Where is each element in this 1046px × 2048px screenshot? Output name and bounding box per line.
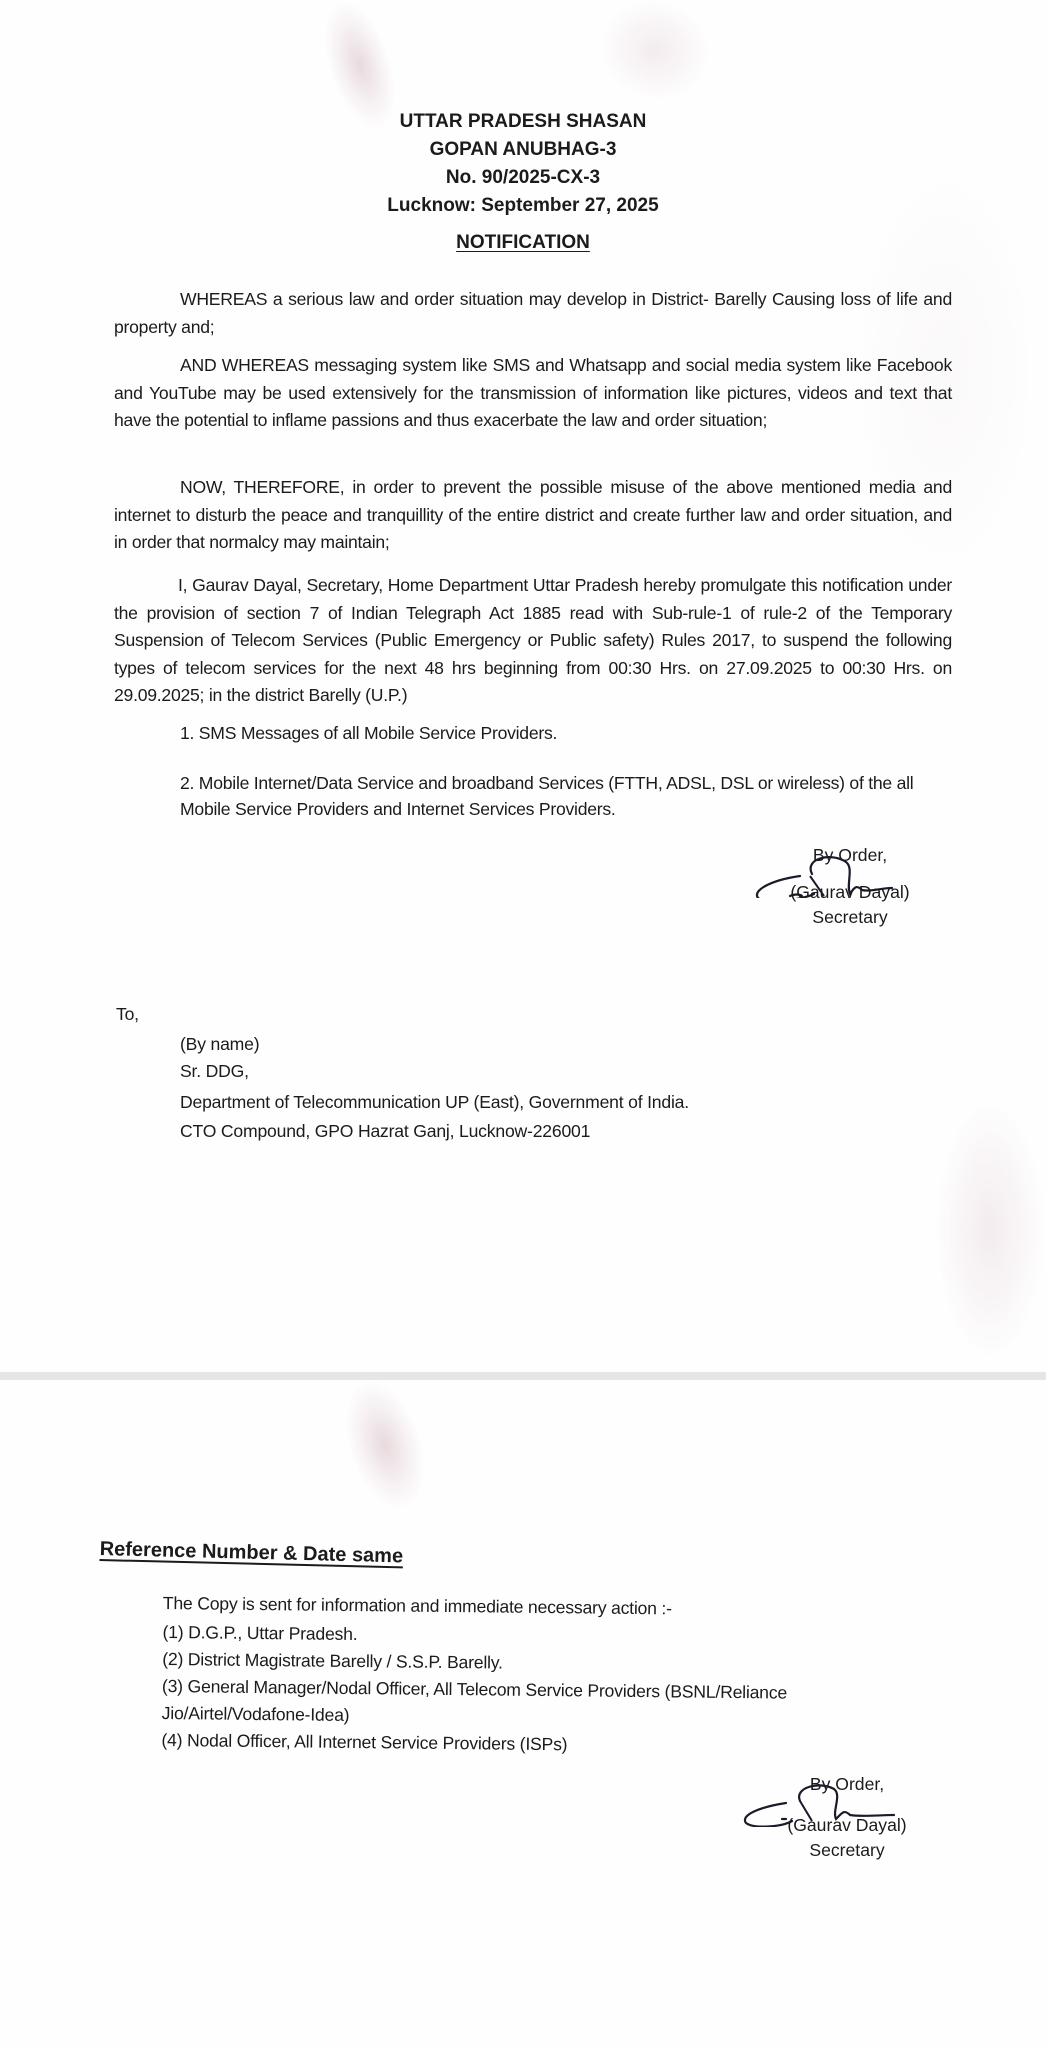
paragraph-order: I, Gaurav Dayal, Secretary, Home Departm… xyxy=(114,572,952,710)
recipient-block: To, (By name) Sr. DDG, Department of Tel… xyxy=(116,1004,689,1145)
copy-intro: The Copy is sent for information and imm… xyxy=(163,1590,788,1624)
signature-block: By Order, (Gaurav Dayal) Secretary xyxy=(752,1772,942,1863)
signatory-name: (Gaurav Dayal) xyxy=(760,880,940,905)
signatory-designation: Secretary xyxy=(752,1838,942,1863)
copy-list-item: (4) Nodal Officer, All Internet Service … xyxy=(161,1727,786,1761)
address-line: CTO Compound, GPO Hazrat Ganj, Lucknow-2… xyxy=(180,1118,689,1145)
reference-heading: Reference Number & Date same xyxy=(99,1538,403,1568)
notification-title-text: NOTIFICATION xyxy=(456,232,590,253)
paragraph-text: AND WHEREAS messaging system like SMS an… xyxy=(114,352,952,435)
paper-stain xyxy=(935,1100,1045,1360)
address-line: Sr. DDG, xyxy=(180,1058,689,1085)
notification-title: NOTIFICATION xyxy=(0,232,1046,254)
address-line: (By name) xyxy=(180,1031,689,1058)
document-page-2: Reference Number & Date same The Copy is… xyxy=(0,1380,1046,2048)
copy-distribution-list: The Copy is sent for information and imm… xyxy=(161,1590,788,1761)
paragraph-now-therefore: NOW, THEREFORE, in order to prevent the … xyxy=(114,474,952,557)
paragraph-whereas: WHEREAS a serious law and order situatio… xyxy=(114,286,952,341)
document-page-1: UTTAR PRADESH SHASAN GOPAN ANUBHAG-3 No.… xyxy=(0,0,1046,1372)
suspended-service-item: 2. Mobile Internet/Data Service and broa… xyxy=(180,770,955,822)
paper-stain xyxy=(586,0,724,116)
signatory-designation: Secretary xyxy=(760,905,940,930)
signature-block: By Order, (Gaurav Dayal) Secretary xyxy=(760,843,940,930)
recipient-address: (By name) Sr. DDG, Department of Telecom… xyxy=(180,1031,689,1145)
to-label: To, xyxy=(116,1004,689,1025)
letterhead: UTTAR PRADESH SHASAN GOPAN ANUBHAG-3 No.… xyxy=(0,108,1046,220)
address-line: Department of Telecommunication UP (East… xyxy=(180,1089,689,1116)
page-divider xyxy=(0,1372,1046,1380)
paragraph-and-whereas: AND WHEREAS messaging system like SMS an… xyxy=(114,352,952,435)
place-date: Lucknow: September 27, 2025 xyxy=(0,192,1046,220)
suspended-service-item: 1. SMS Messages of all Mobile Service Pr… xyxy=(180,720,955,746)
paragraph-text: NOW, THEREFORE, in order to prevent the … xyxy=(114,474,952,557)
paper-stain xyxy=(332,1380,439,1518)
paragraph-text: WHEREAS a serious law and order situatio… xyxy=(114,286,952,341)
department-name: GOPAN ANUBHAG-3 xyxy=(0,136,1046,164)
government-name: UTTAR PRADESH SHASAN xyxy=(0,108,1046,136)
paragraph-text: I, Gaurav Dayal, Secretary, Home Departm… xyxy=(114,572,952,710)
reference-number: No. 90/2025-CX-3 xyxy=(0,164,1046,192)
